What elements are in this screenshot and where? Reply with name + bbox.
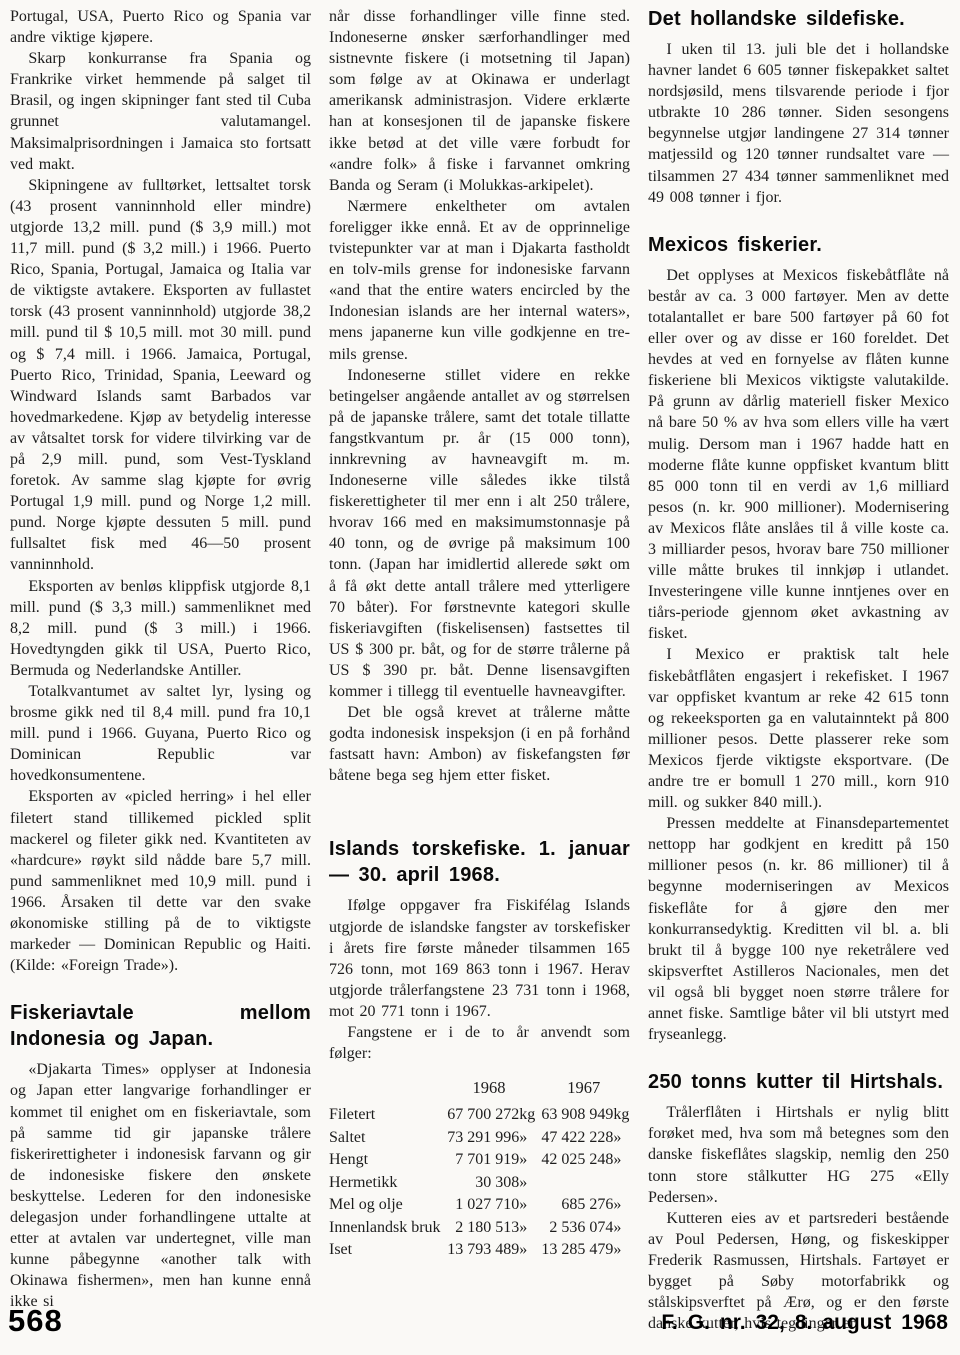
text-column-left: Portugal, USA, Puerto Rico og Spania var… bbox=[10, 6, 311, 1334]
table-row: Innenlandsk bruk 2 180 513 » 2 536 074 » bbox=[329, 1217, 630, 1240]
page-number: 568 bbox=[8, 1303, 63, 1339]
table-row: Hermetikk 30 308 » bbox=[329, 1172, 630, 1195]
value-1968: 13 793 489 bbox=[441, 1239, 520, 1262]
paragraph: Det opplyses at Mexicos fiskebåtflåte nå… bbox=[648, 265, 949, 645]
paragraph: Indoneserne stillet videre en rekke beti… bbox=[329, 365, 630, 703]
unit-1968: » bbox=[519, 1149, 537, 1172]
paragraph: Eksporten av benløs klippfisk utgjorde 8… bbox=[10, 576, 311, 681]
table-row: Mel og olje 1 027 710 » 685 276 » bbox=[329, 1194, 630, 1217]
catch-usage-table: 1968 1967 Filetert 67 700 272 kg 63 908 … bbox=[329, 1078, 630, 1262]
unit-1967: » bbox=[613, 1239, 630, 1262]
value-1967: 2 536 074 bbox=[538, 1217, 614, 1240]
issue-line: F. G. nr. 32, 8. august 1968 bbox=[661, 1311, 948, 1335]
unit-1968: » bbox=[519, 1194, 537, 1217]
value-1968: 1 027 710 bbox=[441, 1194, 520, 1217]
paragraph: når disse forhandlinger ville finne sted… bbox=[329, 6, 630, 196]
paragraph: Pressen meddelte at Finansdepartementet … bbox=[648, 813, 949, 1045]
paragraph: Portugal, USA, Puerto Rico og Spania var… bbox=[10, 6, 311, 48]
value-1967: 42 025 248 bbox=[538, 1149, 614, 1172]
value-1967: 63 908 949 bbox=[538, 1104, 614, 1127]
unit-1967 bbox=[613, 1172, 630, 1195]
unit-1967: » bbox=[613, 1194, 630, 1217]
text-column-middle: når disse forhandlinger ville finne sted… bbox=[329, 6, 630, 1334]
row-label: Hermetikk bbox=[329, 1172, 441, 1195]
unit-1968: » bbox=[519, 1172, 537, 1195]
value-1967 bbox=[538, 1172, 614, 1195]
text-column-right: Det hollandske sildefiske. I uken til 13… bbox=[648, 6, 949, 1334]
paragraph: Totalkvantumet av saltet lyr, lysing og … bbox=[10, 681, 311, 786]
row-label: Hengt bbox=[329, 1149, 441, 1172]
value-1968: 7 701 919 bbox=[441, 1149, 520, 1172]
table-row: Hengt 7 701 919 » 42 025 248 » bbox=[329, 1149, 630, 1172]
paragraph: Skarp konkurranse fra Spania og Frankrik… bbox=[10, 48, 311, 175]
value-1968: 67 700 272 bbox=[441, 1104, 520, 1127]
paragraph: Fangstene er i de to år anvendt som følg… bbox=[329, 1022, 630, 1064]
paragraph: I uken til 13. juli ble det i hollandske… bbox=[648, 39, 949, 208]
row-label: Filetert bbox=[329, 1104, 441, 1127]
article-heading-fiskeriavtale: Fiskeriavtale mellom Indonesia og Japan. bbox=[10, 1000, 311, 1052]
paragraph: Trålerflåten i Hirtshals er nylig blitt … bbox=[648, 1102, 949, 1207]
paragraph: Skipningene av fulltørket, lettsaltet to… bbox=[10, 175, 311, 576]
unit-1967: » bbox=[613, 1149, 630, 1172]
unit-1968: » bbox=[519, 1239, 537, 1262]
three-column-layout: Portugal, USA, Puerto Rico og Spania var… bbox=[10, 6, 950, 1334]
value-1968: 30 308 bbox=[441, 1172, 520, 1195]
value-1967: 13 285 479 bbox=[538, 1239, 614, 1262]
table-header-empty bbox=[329, 1078, 441, 1104]
unit-1967: » bbox=[613, 1217, 630, 1240]
unit-1967: » bbox=[613, 1127, 630, 1150]
table-row: Saltet 73 291 996 » 47 422 228 » bbox=[329, 1127, 630, 1150]
paragraph: «Djakarta Times» opplyser at Indonesia o… bbox=[10, 1059, 311, 1312]
paragraph: Nærmere enkeltheter om avtalen foreligge… bbox=[329, 196, 630, 365]
value-1968: 2 180 513 bbox=[441, 1217, 520, 1240]
row-label: Saltet bbox=[329, 1127, 441, 1150]
value-1968: 73 291 996 bbox=[441, 1127, 520, 1150]
table-row: Iset 13 793 489 » 13 285 479 » bbox=[329, 1239, 630, 1262]
paragraph: I Mexico er praktisk talt hele fiskebåtf… bbox=[648, 644, 949, 813]
table-header-1967: 1967 bbox=[538, 1078, 631, 1104]
unit-1968: kg bbox=[519, 1104, 537, 1127]
article-heading-250-tonns-kutter: 250 tonns kutter til Hirtshals. bbox=[648, 1069, 949, 1095]
row-label: Innenlandsk bruk bbox=[329, 1217, 441, 1240]
article-heading-hollandske-sildefiske: Det hollandske sildefiske. bbox=[648, 6, 949, 32]
table-row: Filetert 67 700 272 kg 63 908 949 kg bbox=[329, 1104, 630, 1127]
row-label: Mel og olje bbox=[329, 1194, 441, 1217]
unit-1967: kg bbox=[613, 1104, 630, 1127]
unit-1968: » bbox=[519, 1217, 537, 1240]
value-1967: 685 276 bbox=[538, 1194, 614, 1217]
row-label: Iset bbox=[329, 1239, 441, 1262]
paragraph: Eksporten av «picled herring» i hel elle… bbox=[10, 786, 311, 976]
unit-1968: » bbox=[519, 1127, 537, 1150]
article-heading-islands-torskefiske: Islands torskefiske. 1. januar— 30. apri… bbox=[329, 836, 630, 888]
paragraph: Det ble også krevet at trålerne måtte go… bbox=[329, 702, 630, 786]
paragraph: Ifølge oppgaver fra Fiskifélag Islands u… bbox=[329, 895, 630, 1022]
value-1967: 47 422 228 bbox=[538, 1127, 614, 1150]
document-page: Portugal, USA, Puerto Rico og Spania var… bbox=[0, 0, 960, 1334]
table-header-row: 1968 1967 bbox=[329, 1078, 630, 1104]
article-heading-mexicos-fiskerier: Mexicos fiskerier. bbox=[648, 232, 949, 258]
table-header-1968: 1968 bbox=[441, 1078, 538, 1104]
